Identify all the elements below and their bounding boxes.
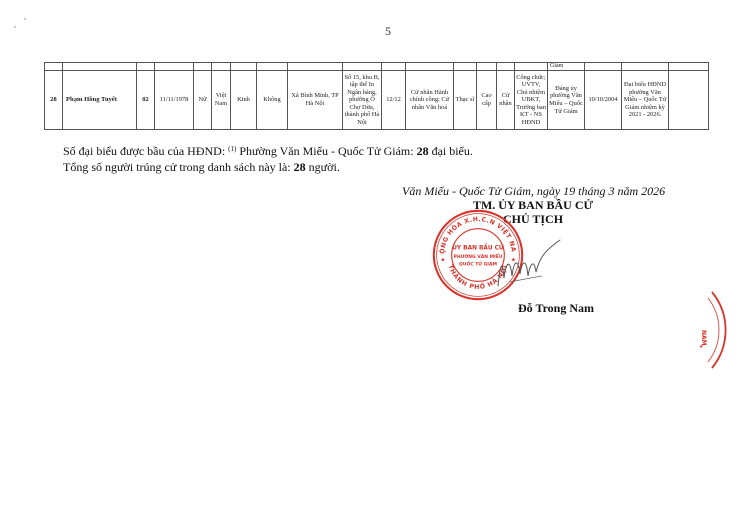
cell-unit: 02 — [137, 71, 155, 130]
scan-speck — [24, 18, 26, 20]
cell-position: Công chức; UVTV, Chủ nhiệm UBKT, Trưởng … — [515, 71, 548, 130]
signer-name: Đỗ Trong Nam — [518, 301, 594, 316]
delegate-count: 28 — [417, 144, 429, 158]
cell-workplace: Đảng ủy phường Văn Miếu – Quốc Tử Giám — [548, 71, 585, 130]
place-date: Văn Miếu - Quốc Tử Giám, ngày 19 tháng 3… — [402, 184, 665, 199]
svg-text:★: ★ — [440, 257, 445, 264]
partial-stamp-bleed: NAM ★ — [690, 290, 740, 370]
cell-professional-degree: Cử nhân Hành chính công; Cử nhân Văn hoá — [406, 71, 454, 130]
cell-academic-degree: Thạc sĩ — [454, 71, 477, 130]
scan-speck — [14, 26, 16, 28]
cell-political-theory: Cao cấp — [477, 71, 497, 130]
table-continuation-row: Giám — [45, 63, 709, 71]
cell-ethnicity: Kinh — [231, 71, 257, 130]
workplace-continuation: Giám — [548, 63, 585, 71]
elected-count: 28 — [294, 160, 306, 174]
cell-stt: 28 — [45, 71, 63, 130]
cell-notes — [669, 71, 709, 130]
cell-foreign-language: Cử nhân — [497, 71, 515, 130]
handwritten-signature — [490, 236, 570, 296]
cell-hdnd-member: Đại biểu HĐND phường Văn Miếu – Quốc Tử … — [622, 71, 669, 130]
page-number: 5 — [385, 24, 391, 39]
cell-nationality: Việt Nam — [212, 71, 231, 130]
elected-delegates-table: Giám 28 Phạm Hồng Tuyết 02 11/11/1978 Nữ… — [44, 62, 709, 130]
cell-hometown: Xã Bình Minh, TP Hà Nội — [288, 71, 343, 130]
svg-text:★: ★ — [699, 344, 704, 350]
cell-dob: 11/11/1978 — [155, 71, 194, 130]
table-row: 28 Phạm Hồng Tuyết 02 11/11/1978 Nữ Việt… — [45, 71, 709, 130]
cell-party-join-date: 10/10/2004 — [585, 71, 622, 130]
cell-general-education: 12/12 — [382, 71, 406, 130]
summary-delegates-line: Số đại biểu được bầu của HĐND: (1) Phườn… — [63, 144, 473, 159]
cell-residence: Số 15, khu B, tập thể In Ngân hàng, phườ… — [343, 71, 382, 130]
cell-name: Phạm Hồng Tuyết — [63, 71, 137, 130]
summary-elected-line: Tổng số người trúng cử trong danh sách n… — [63, 160, 340, 175]
svg-text:NAM: NAM — [700, 330, 707, 346]
cell-gender: Nữ — [194, 71, 212, 130]
cell-religion: Không — [257, 71, 288, 130]
